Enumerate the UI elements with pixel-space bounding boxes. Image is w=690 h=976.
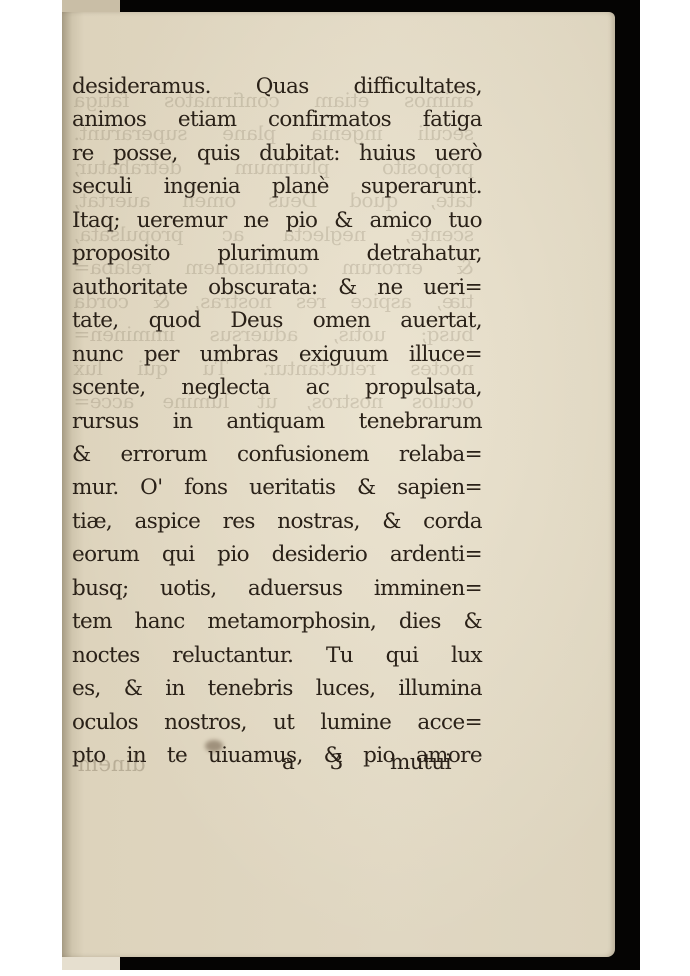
text-line: desideramus. Quas difficultates, bbox=[72, 70, 482, 103]
text-line: scente, neglecta ac propulsata, bbox=[72, 371, 482, 404]
text-line: busq; uotis, aduersus imminen= bbox=[72, 572, 482, 605]
text-line: & errorum confusionem relaba= bbox=[72, 438, 482, 471]
text-line: tiæ, aspice res nostras, & corda bbox=[72, 505, 482, 538]
text-line: authoritate obscurata: & ne ueri= bbox=[72, 271, 482, 304]
page-footer: dinem a 3 mutui bbox=[72, 750, 482, 780]
page-edge-bottom bbox=[62, 957, 120, 970]
text-line: Itaq; ueremur ne pio & amico tuo bbox=[72, 204, 482, 237]
text-line: animos etiam confirmatos fatiga bbox=[72, 103, 482, 136]
text-line: noctes reluctantur. Tu qui lux bbox=[72, 639, 482, 672]
body-text: desideramus. Quas difficultates, animos … bbox=[72, 70, 482, 773]
text-line: nunc per umbras exiguum illuce= bbox=[72, 338, 482, 371]
text-line: tate, quod Deus omen auertat, bbox=[72, 304, 482, 337]
text-line: tem hanc metamorphosin, dies & bbox=[72, 605, 482, 638]
text-line: es, & in tenebris luces, illumina bbox=[72, 672, 482, 705]
text-line: eorum qui pio desiderio ardenti= bbox=[72, 538, 482, 571]
text-line: mur. O' fons ueritatis & sapien= bbox=[72, 471, 482, 504]
signature-mark: a 3 bbox=[282, 750, 357, 775]
text-line: rursus in antiquam tenebrarum bbox=[72, 405, 482, 438]
text-line: seculi ingenia planè superarunt. bbox=[72, 170, 482, 203]
bleed-through-word: dinem bbox=[78, 752, 146, 777]
text-line: proposito plurimum detrahatur, bbox=[72, 237, 482, 270]
page-edge-top bbox=[62, 0, 120, 12]
text-line: oculos nostros, ut lumine acce= bbox=[72, 706, 482, 739]
text-line: re posse, quis dubitat: huius uerò bbox=[72, 137, 482, 170]
catchword: mutui bbox=[390, 750, 451, 775]
